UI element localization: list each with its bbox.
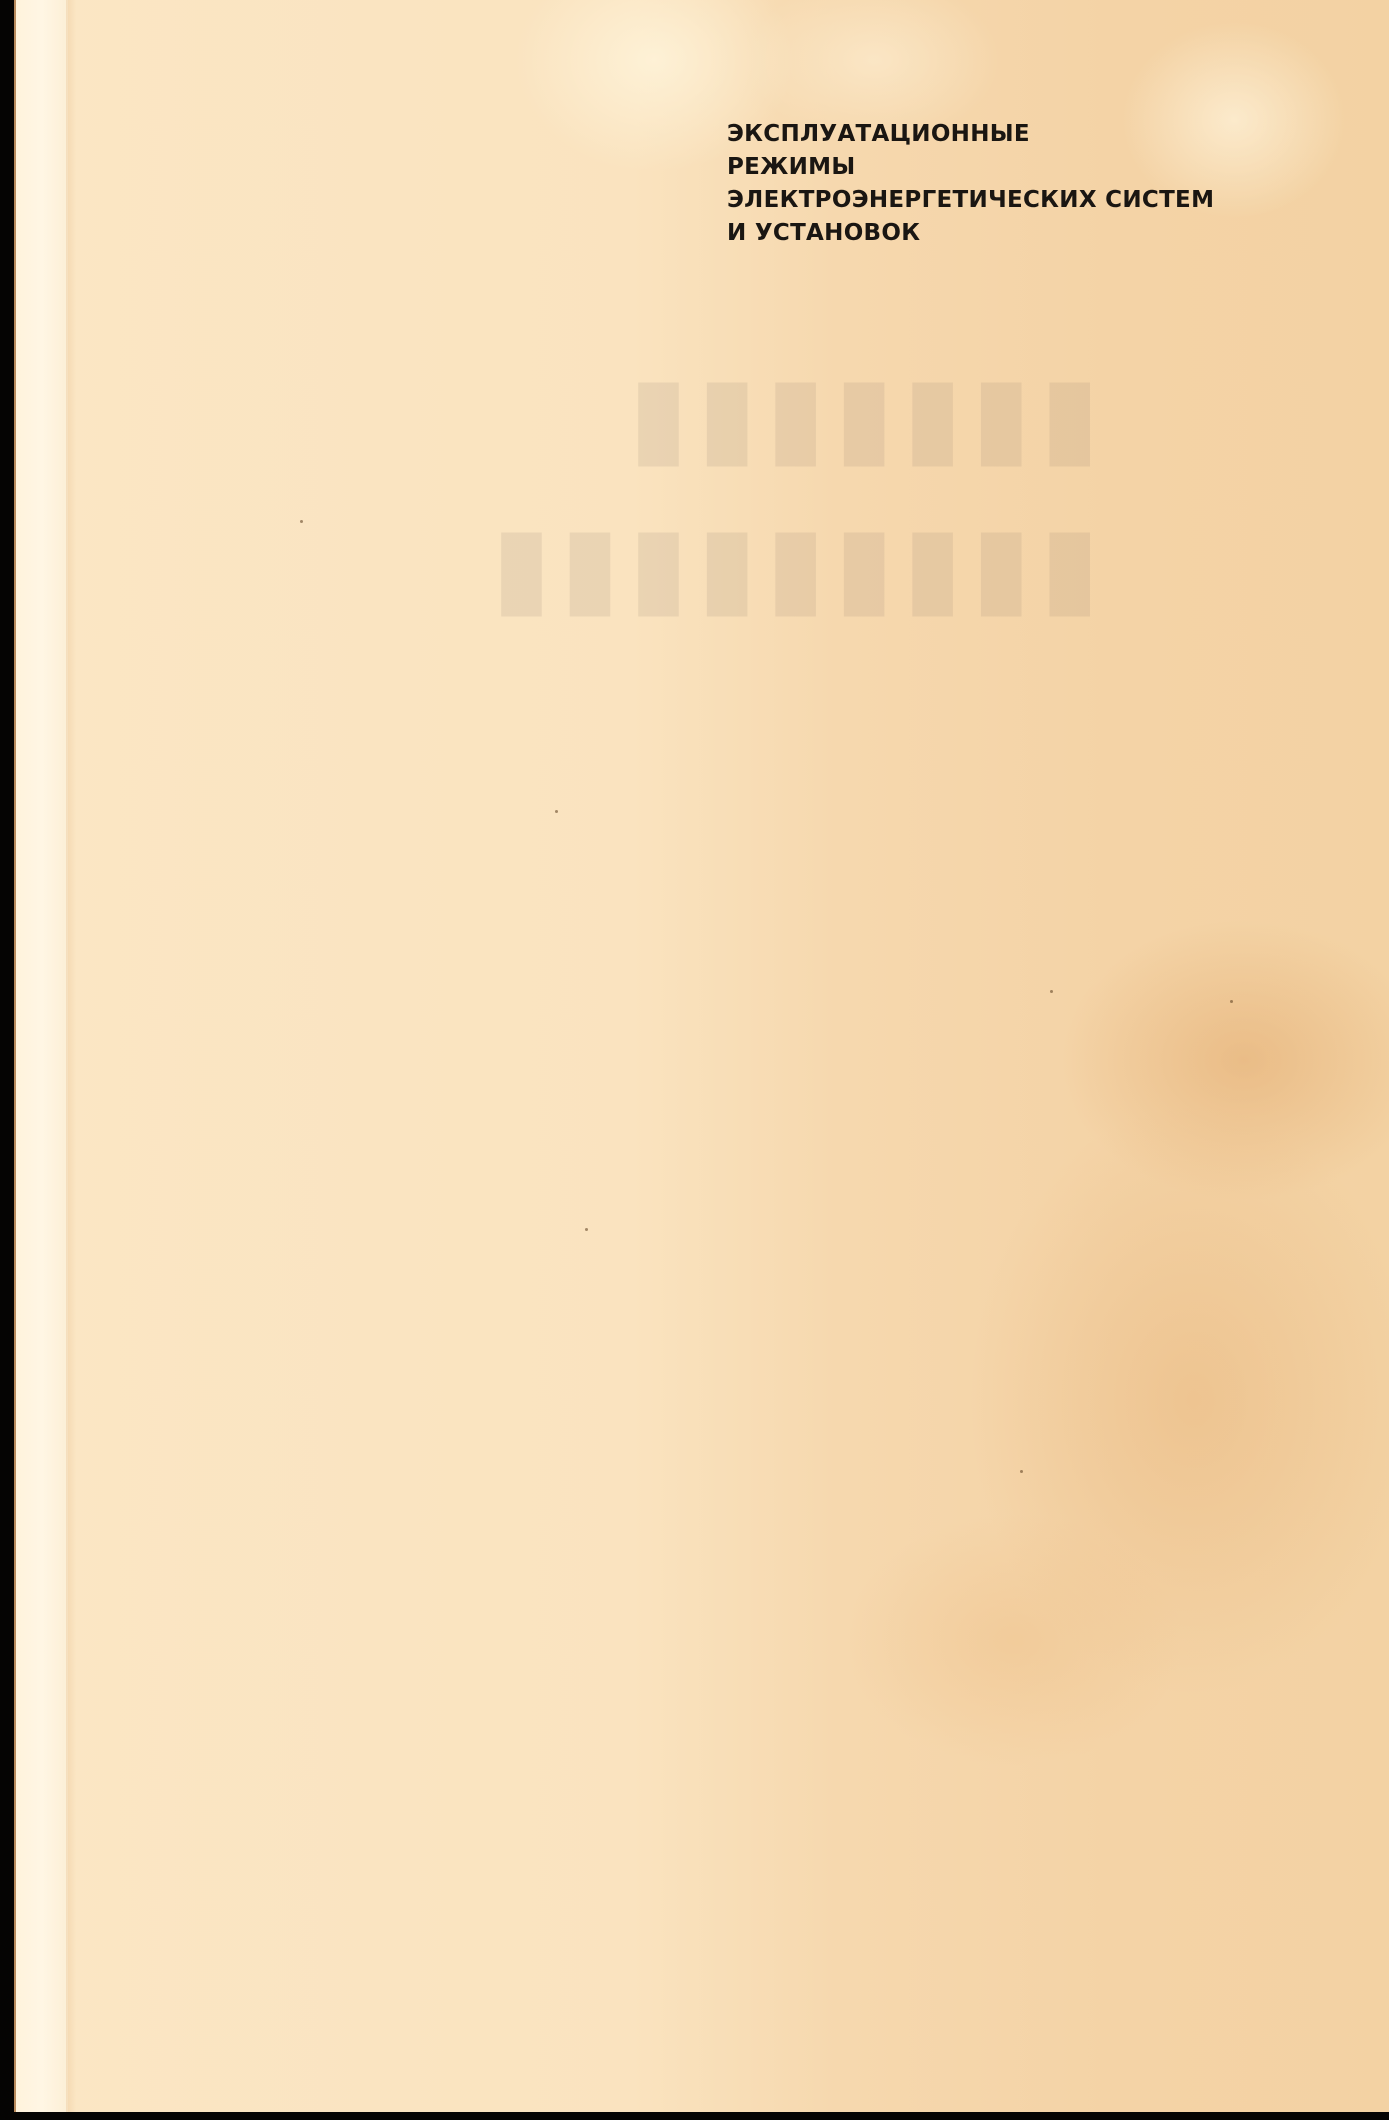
- paper-speck: [1230, 1000, 1233, 1003]
- series-title-line: ЭКСПЛУАТАЦИОННЫЕ: [727, 118, 1214, 151]
- series-title-line: И УСТАНОВОК: [727, 217, 1214, 250]
- spine-shadow: [66, 0, 76, 2112]
- scan-border-bottom: [0, 2112, 1389, 2120]
- paper-speck: [1050, 990, 1053, 993]
- paper-speck: [300, 520, 303, 523]
- book-page: [14, 0, 1389, 2112]
- paper-speck: [555, 810, 558, 813]
- page-spine-edge: [14, 0, 68, 2112]
- paper-speck: [1020, 1470, 1023, 1473]
- series-title-line: РЕЖИМЫ: [727, 151, 1214, 184]
- series-title-line: ЭЛЕКТРОЭНЕРГЕТИЧЕСКИХ СИСТЕМ: [727, 184, 1214, 217]
- series-title: ЭКСПЛУАТАЦИОННЫЕ РЕЖИМЫ ЭЛЕКТРОЭНЕРГЕТИЧ…: [727, 118, 1214, 250]
- paper-speck: [585, 1228, 588, 1231]
